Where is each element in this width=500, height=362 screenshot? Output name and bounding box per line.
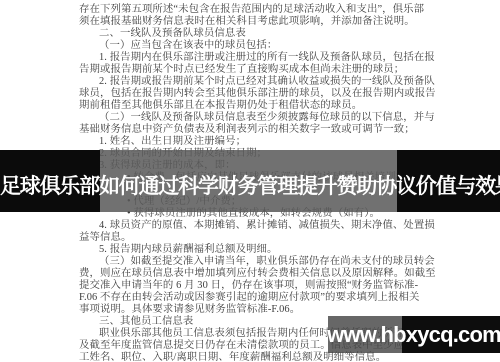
doc-line: 二、一线队及预备队球员信息表 bbox=[0, 28, 500, 40]
doc-line: （二）一线队及预备队球员信息表至少须披露每位球员的以下信息，并与 bbox=[0, 112, 500, 124]
headline-banner: 足球俱乐部如何通过科学财务管理提升赞助协议价值与效果 bbox=[0, 150, 500, 212]
doc-line: 须在填报基础财务信息表时在相关科目考虑此项影响，并添加备注说明。 bbox=[0, 16, 500, 28]
doc-line: 益等信息。 bbox=[0, 232, 500, 244]
doc-line: 2. 报告期或报告期前某个时点已经对其确认收益或损失的一线队及预备队 bbox=[0, 76, 500, 88]
doc-line: 5. 报告期内球员薪酬福利总额及明细。 bbox=[0, 244, 500, 256]
doc-line: 1. 报告期内在俱乐部注册或注册过的所有一线队及预备队球员，包括在报 bbox=[0, 52, 500, 64]
doc-line: 4. 球员资产的原值、本期摊销、累计摊销、减值损失、期末净值、处置损 bbox=[0, 220, 500, 232]
site-watermark: www.hbxycq.com bbox=[328, 316, 500, 353]
article-title: 足球俱乐部如何通过科学财务管理提升赞助协议价值与效果 bbox=[0, 170, 500, 200]
doc-line: 费，则应在球员信息表中增加填列应付转会费相关信息以及原因解释。如截至 bbox=[0, 268, 500, 280]
doc-line: 事项说明。具体要求请参见财务监管标准-F.06。 bbox=[0, 304, 500, 316]
doc-line: 1. 姓名、出生日期及注册编号； bbox=[0, 136, 500, 148]
doc-line: 提交准入申请当年的 6 月 30 日，仍存在该事项，则需按照“财务监管标准- bbox=[0, 280, 500, 292]
doc-line: 告期或报告期前某个时点已经发生了直接购买成本但尚未注册的球员； bbox=[0, 64, 500, 76]
doc-line: （三）如截至提交准入申请当年，职业俱乐部仍存在尚未支付的球员转会 bbox=[0, 256, 500, 268]
watermark-url: www.hbxycq.com bbox=[328, 316, 500, 353]
doc-line: （一）应当包含在该表中的球员包括： bbox=[0, 40, 500, 52]
doc-line: 存在下列第五项所述“未包含在报告范围内的足球活动收入和支出”，俱乐部 bbox=[0, 4, 500, 16]
doc-line: 工姓名、职位、入职/离职日期、年度薪酬福利总额及明细等信息。 bbox=[0, 352, 500, 362]
doc-line: 球员，包括在报告期内转会至其他俱乐部注册的球员，以及在报告期内或报告 bbox=[0, 88, 500, 100]
article-header-image: 存在下列第五项所述“未包含在报告范围内的足球活动收入和支出”，俱乐部须在填报基础… bbox=[0, 0, 500, 362]
doc-line: 期前租借至其他俱乐部且在本报告期仍处于租借状态的球员。 bbox=[0, 100, 500, 112]
doc-line: F.06 不存在由转会活动或因参赛引起的逾期应付款项”的要求填列上报相关 bbox=[0, 292, 500, 304]
doc-line: 基础财务信息中资产负债表及利润表列示的相关数字一致或可调节一致； bbox=[0, 124, 500, 136]
